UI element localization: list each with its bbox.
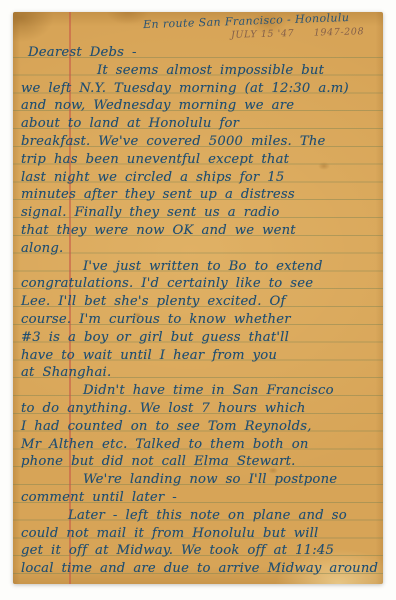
letter-line: I've just written to Bo to extend: [13, 258, 381, 276]
letter-line: local time and are due to arrive Midway …: [13, 560, 381, 578]
letter-body: Dearest Debs - It seems almost impossibl…: [13, 44, 381, 578]
letter-line: I had counted on to see Tom Reynolds,: [13, 418, 381, 436]
letter-line: about to land at Honolulu for: [13, 115, 381, 133]
letter-line: to do anything. We lost 7 hours which: [13, 400, 381, 418]
letter-line: could not mail it from Honolulu but will: [13, 525, 381, 543]
archive-number: 1947-208: [314, 26, 365, 38]
letter-line: we left N.Y. Tuesday morning (at 12:30 a…: [13, 80, 381, 98]
letter-line-salutation: Dearest Debs -: [13, 44, 381, 62]
date-stamp-row: JULY 15 '47 1947-208: [231, 26, 364, 40]
letter-line: course. I'm curious to know whether: [13, 311, 381, 329]
letter-line: It seems almost impossible but: [13, 62, 381, 80]
letter-line: breakfast. We've covered 5000 miles. The: [13, 133, 381, 151]
letter-line: last night we circled a ships for 15: [13, 169, 381, 187]
letter-line: trip has been uneventful except that: [13, 151, 381, 169]
letter-line: at Shanghai.: [13, 364, 381, 382]
letter-line: Didn't have time in San Francisco: [13, 382, 381, 400]
letter-line: and now, Wednesday morning we are: [13, 97, 381, 115]
letter-line: congratulations. I'd certainly like to s…: [13, 275, 381, 293]
date-stamp: JULY 15 '47: [231, 28, 294, 41]
letter-paper: En route San Francisco - Honolulu JULY 1…: [13, 12, 383, 584]
photo-background: En route San Francisco - Honolulu JULY 1…: [0, 0, 396, 600]
letter-line: minutes after they sent up a distress: [13, 186, 381, 204]
letter-line: #3 is a boy or girl but guess that'll: [13, 329, 381, 347]
letter-line: signal. Finally they sent us a radio: [13, 204, 381, 222]
letter-line: have to wait until I hear from you: [13, 347, 381, 365]
letter-line: that they were now OK and we went: [13, 222, 381, 240]
letter-line: comment until later -: [13, 489, 381, 507]
letter-line: phone but did not call Elma Stewart.: [13, 453, 381, 471]
letter-line: Later - left this note on plane and so: [13, 507, 381, 525]
letter-line: We're landing now so I'll postpone: [13, 471, 381, 489]
letter-line: Lee. I'll bet she's plenty excited. Of: [13, 293, 381, 311]
letter-line: along.: [13, 240, 381, 258]
letter-line: Mr Althen etc. Talked to them both on: [13, 436, 381, 454]
letter-line: get it off at Midway. We took off at 11:…: [13, 542, 381, 560]
